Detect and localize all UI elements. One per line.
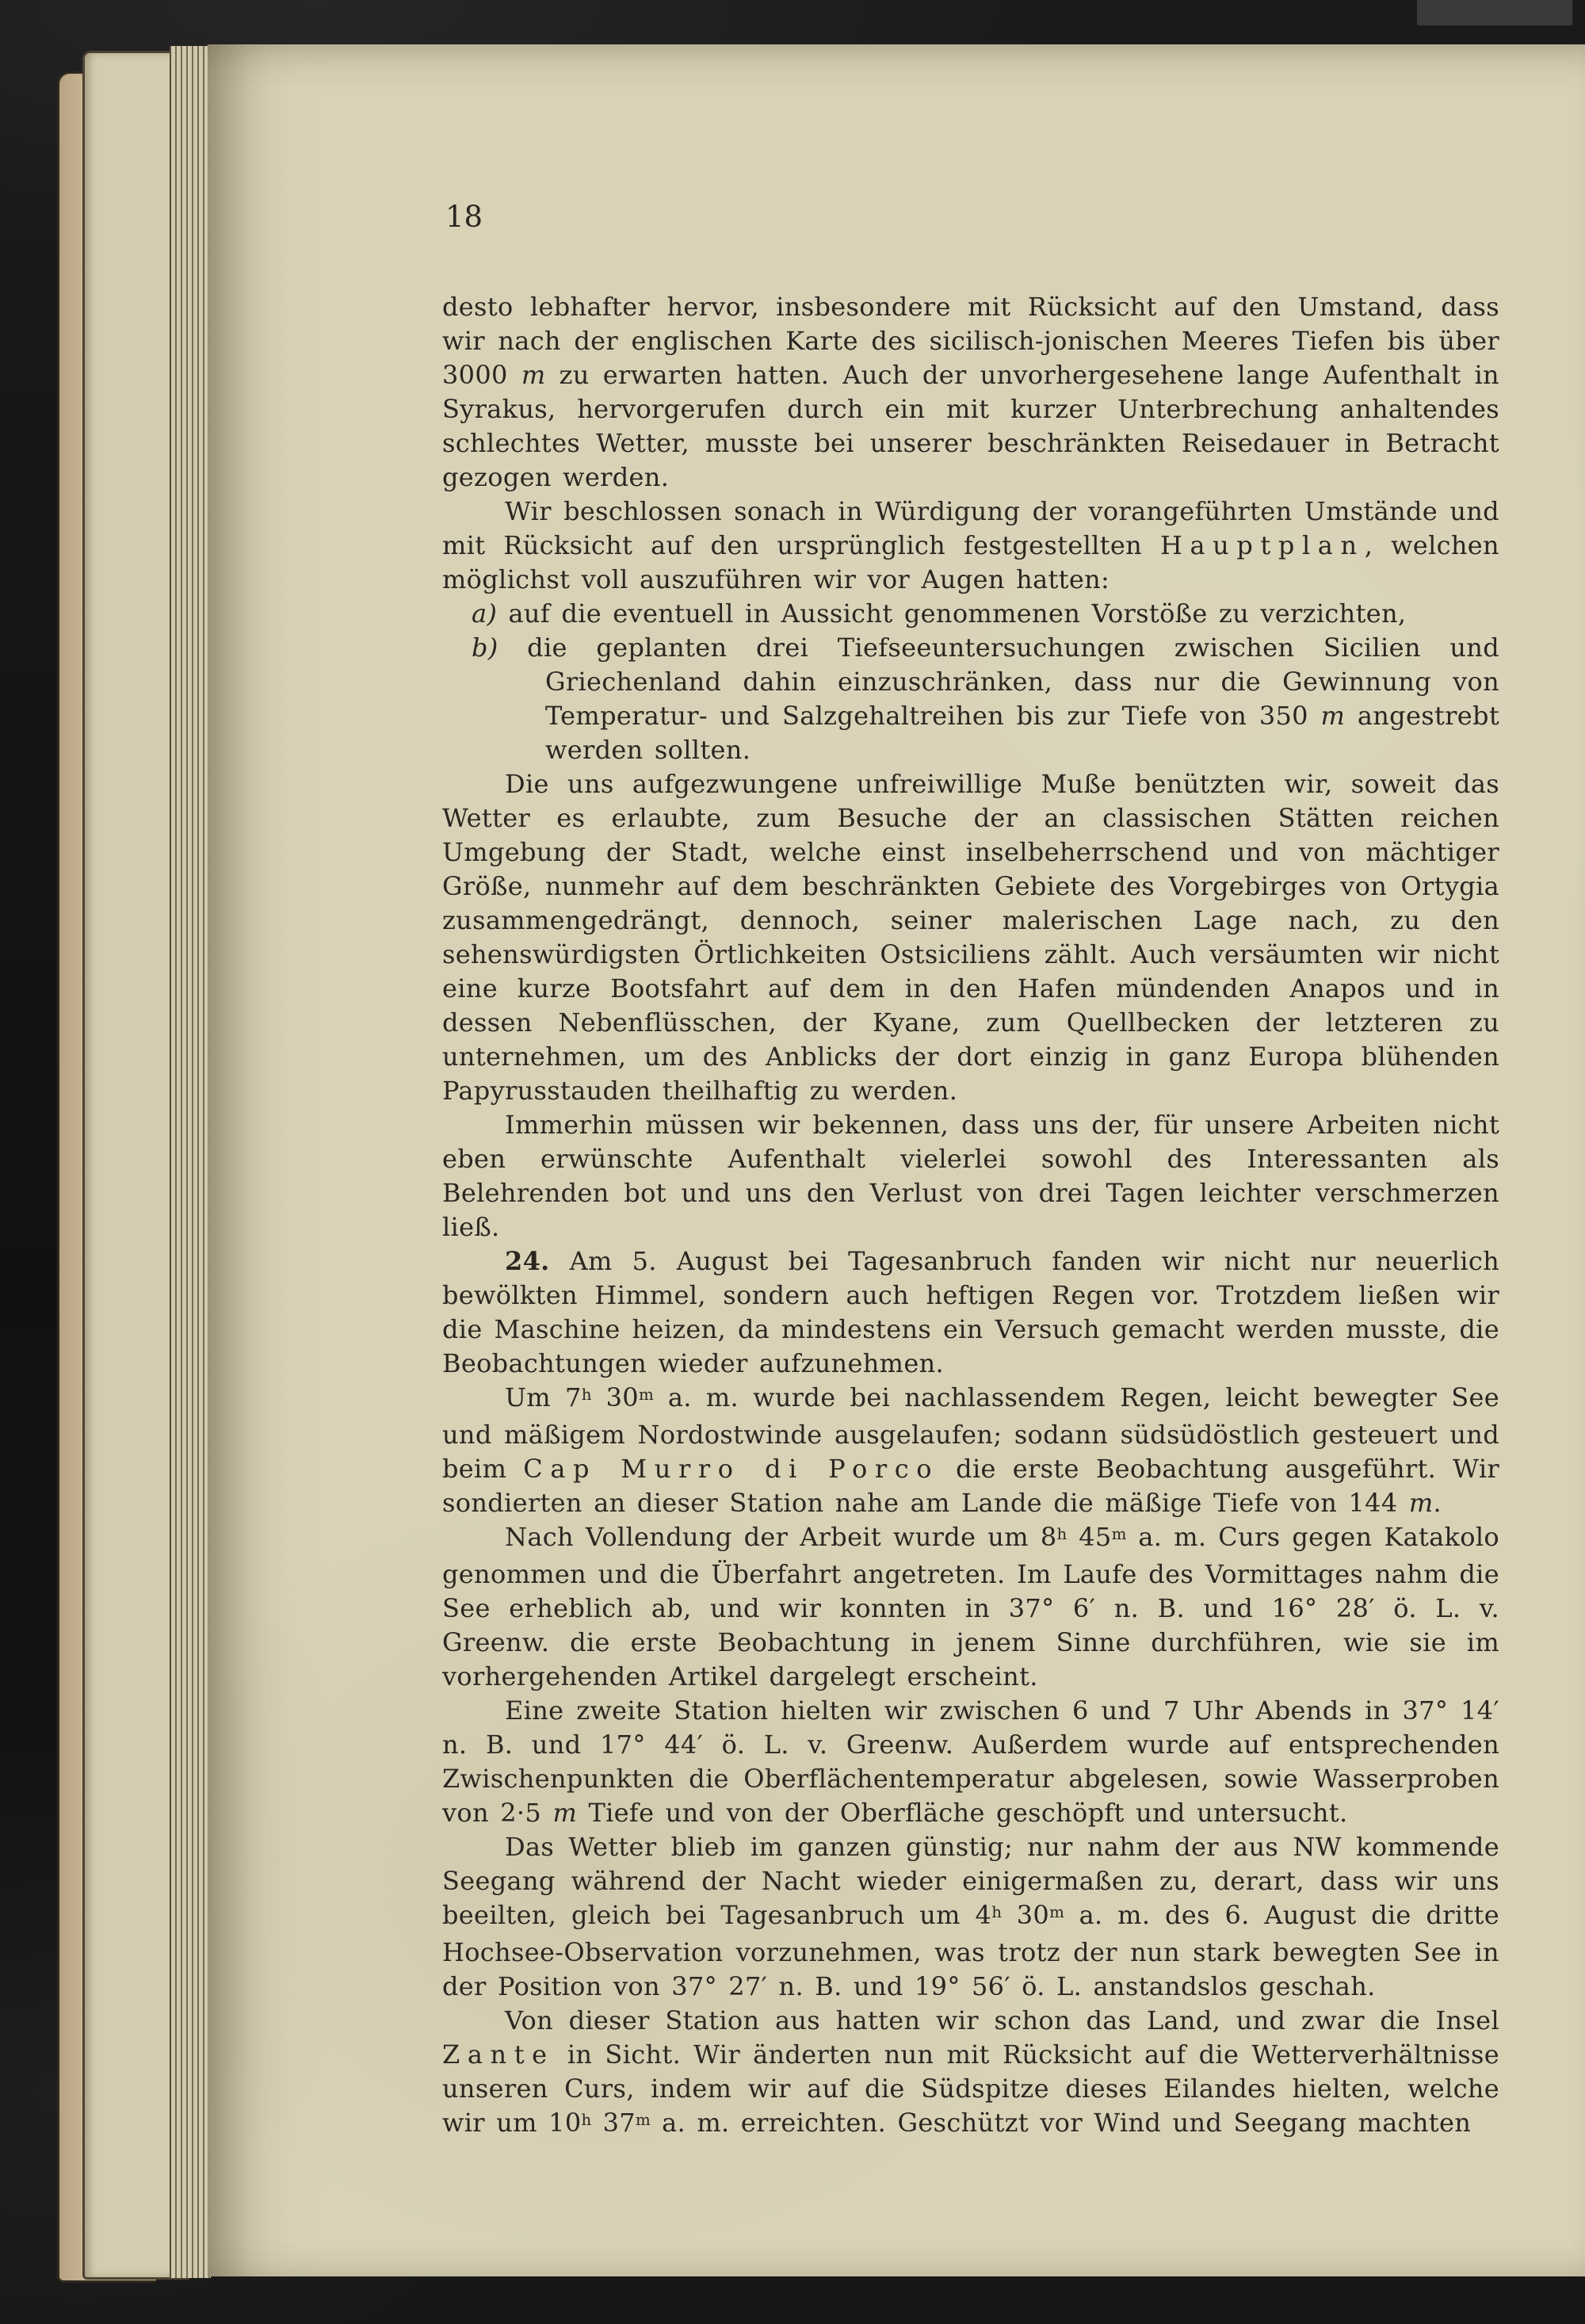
text-segment: 45 [1067,1522,1111,1552]
text-segment: Die uns aufgezwungene unfreiwillige Muße… [442,769,1499,1106]
text-segment: . [1434,1488,1442,1518]
paragraph: Das Wetter blieb im ganzen günstig; nur … [442,1830,1499,2004]
text-segment: zu erwarten hatten. Auch der unvorherges… [442,360,1499,492]
page-edge-fan [170,46,211,2278]
text-segment: a) [472,598,497,629]
text-segment: auf die eventuell in Aussicht genommenen… [497,598,1406,629]
paragraph: desto lebhafter hervor, insbesondere mit… [442,290,1499,495]
text-segment: 24. [505,1246,550,1276]
scan-corner-shadow [1417,0,1572,25]
page-number: 18 [445,200,483,234]
paragraph: Wir beschlossen sonach in Würdigung der … [442,495,1499,597]
text-segment: m [1049,1903,1064,1921]
text-segment: Cap Murro di Porco [523,1454,939,1484]
text-segment: m [636,2111,651,2129]
text-segment: Tiefe und von der Oberfläche geschöpft u… [577,1798,1347,1828]
text-segment: m [1112,1525,1127,1543]
text-block: desto lebhafter hervor, insbesondere mit… [442,290,1499,2143]
text-segment: h [582,2111,592,2129]
text-segment: Hauptplan [1160,530,1365,560]
text-segment: m [521,360,546,390]
paragraph: Von dieser Station aus hatten wir schon … [442,2004,1499,2143]
text-segment: 30 [592,1382,639,1412]
text-segment: m [1321,701,1346,731]
paragraph: Um 7h 30m a. m. wurde bei nachlassendem … [442,1381,1499,1520]
text-segment: Von dieser Station aus hatten wir schon … [505,2005,1499,2035]
text-segment: h [991,1903,1002,1921]
text-segment: b) [472,633,498,663]
text-segment: Um 7 [505,1382,582,1412]
text-segment: h [1057,1525,1067,1543]
paragraph: Nach Vollendung der Arbeit wurde um 8h 4… [442,1520,1499,1694]
paragraph: 24. Am 5. August bei Tagesanbruch fanden… [442,1244,1499,1381]
paragraph: Immerhin müssen wir bekennen, dass uns d… [442,1108,1499,1244]
text-segment: 30 [1002,1900,1049,1930]
book-page: 18 desto lebhafter hervor, insbesondere … [208,44,1585,2276]
paragraph: Eine zweite Station hielten wir zwischen… [442,1694,1499,1830]
book-cover: 18 desto lebhafter hervor, insbesondere … [0,0,1585,2324]
text-segment: 37 [591,2108,636,2138]
text-segment: Zante [442,2039,555,2070]
text-segment: Nach Vollendung der Arbeit wurde um 8 [505,1522,1057,1552]
paragraph: b) die geplanten drei Tiefseeuntersuchun… [442,631,1499,767]
text-segment: h [582,1386,592,1404]
paragraph: Die uns aufgezwungene unfreiwillige Muße… [442,767,1499,1108]
text-segment: m [1409,1488,1434,1518]
text-segment: m [639,1386,654,1404]
paragraph: a) auf die eventuell in Aussicht genomme… [442,597,1499,631]
text-segment: m [552,1798,577,1828]
text-segment: Am 5. August bei Tagesanbruch fanden wir… [442,1246,1499,1378]
text-segment: a. m. erreichten. Geschützt vor Wind und… [651,2108,1471,2138]
text-segment: Immerhin müssen wir bekennen, dass uns d… [442,1110,1499,1242]
